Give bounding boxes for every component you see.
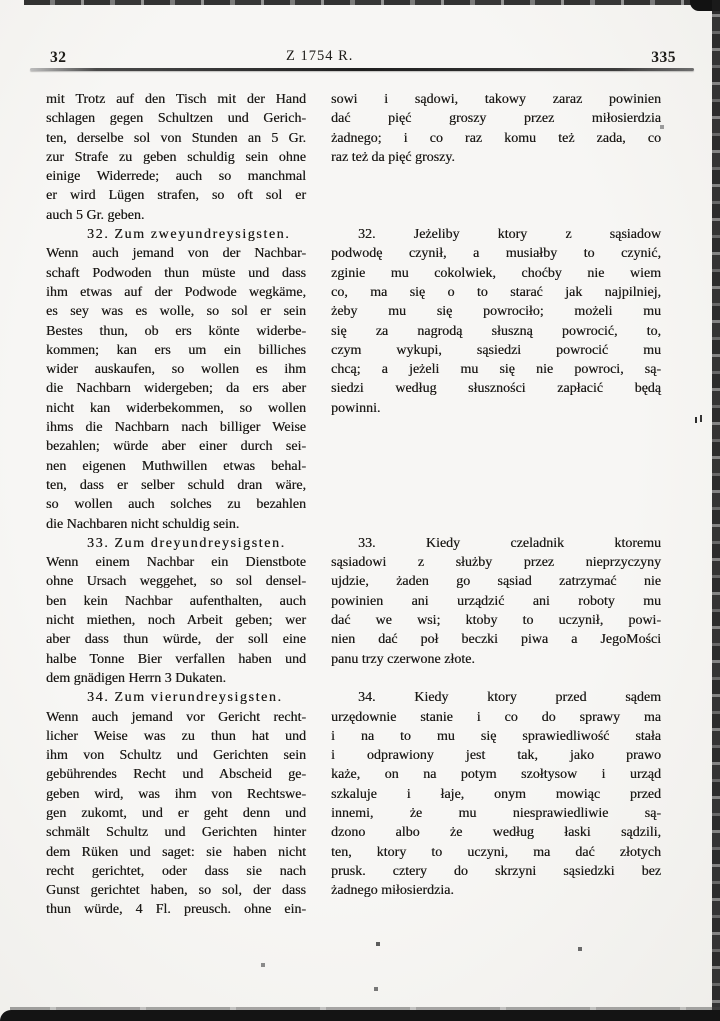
scan-edge-bottom xyxy=(0,1010,720,1021)
text-line: schmält Schultz und Gerichten hinter xyxy=(46,823,306,842)
text-line: aber dass thun würde, der soll eine xyxy=(46,630,306,649)
text-line: Bestes thun, ob ers könte widerbe- xyxy=(46,322,306,341)
text-line: geben wird, was ihm von Rechtswe- xyxy=(46,785,306,804)
ink-smudge xyxy=(695,414,705,426)
text-line: nicht miethen, noch Arbeit geben; wer xyxy=(46,611,306,630)
paragraph-row: 33. Zum dreyundreysigsten.Wenn einem Nac… xyxy=(46,534,661,688)
polish-paragraph: 33. Kiedy czeladnik ktoremusąsiadowi z s… xyxy=(331,534,661,688)
paragraph-row: 32. Zum zweyundreysigsten.Wenn auch jema… xyxy=(46,225,661,534)
paragraph-row: 34. Zum vierundreysigsten.Wenn auch jema… xyxy=(46,688,661,920)
text-line: 34. Kiedy ktory przed sądem xyxy=(331,688,661,707)
text-line: panu trzy czerwone złote. xyxy=(331,650,661,669)
text-line: wider auskaufen, so wollen es ihm xyxy=(46,360,306,379)
text-line: licher Weise was zu thun hat und xyxy=(46,727,306,746)
text-line: powinni. xyxy=(331,399,661,418)
text-line: thun würde, 4 Fl. preusch. ohne ein- xyxy=(46,900,306,919)
text-line: ihm von Schultz und Gerichten sein xyxy=(46,746,306,765)
text-line: schlagen gegen Schultzen und Gerich- xyxy=(46,109,306,128)
text-line: ten, ktory to uczyni, ma dać złotych xyxy=(331,843,661,862)
text-line: Gunst gerichtet haben, so sol, der dass xyxy=(46,881,306,900)
text-line: halbe Tonne Bier verfallen haben und xyxy=(46,650,306,669)
scan-edge-right xyxy=(712,0,720,1015)
ink-speck xyxy=(0,0,2,2)
text-line: podwodę czynił, a musiałby to czynić, xyxy=(331,244,661,263)
text-line: ihm etwas auf der Podwode wegkäme, xyxy=(46,283,306,302)
german-paragraph: 33. Zum dreyundreysigsten.Wenn einem Nac… xyxy=(46,534,306,688)
text-line: ohne Ursach weggehet, so sol densel- xyxy=(46,572,306,591)
text-line: ben kein Nachbar aufenthalten, auch xyxy=(46,592,306,611)
scanned-page: 32 Z 1754 R. 335 mit Trotz auf den Tisch… xyxy=(0,0,720,1021)
text-line: żadnego; i co raz komu też zada, co xyxy=(331,129,661,148)
text-line: nicht kan widerbekommen, so wollen xyxy=(46,399,306,418)
text-line: einige Widerrede; auch so manchmal xyxy=(46,167,306,186)
text-line: 32. Jeżeliby ktory z sąsiadow xyxy=(331,225,661,244)
text-line: co, ma się o to starać jak najpilniej, xyxy=(331,283,661,302)
text-line: raz też da pięć groszy. xyxy=(331,148,661,167)
text-line: powinien ani urządzić ani roboty mu xyxy=(331,592,661,611)
text-line: er wird Lügen strafen, so oft sol er xyxy=(46,186,306,205)
text-line: auch 5 Gr. geben. xyxy=(46,206,306,225)
text-line: się za nagrodą słuszną powrocić, to, xyxy=(331,322,661,341)
text-line: każe, on na potym szołtysow i urząd xyxy=(331,765,661,784)
german-paragraph: mit Trotz auf den Tisch mit der Handschl… xyxy=(46,90,306,225)
text-line: urzędownie stanie i co do sprawy ma xyxy=(331,708,661,727)
page-body: mit Trotz auf den Tisch mit der Handschl… xyxy=(46,90,661,920)
text-line: szkaluje i łaje, onym mowiąc przed xyxy=(331,785,661,804)
text-line: ujdzie, żaden go sąsiad zatrzymać nie xyxy=(331,572,661,591)
text-line: ten, dass er selber schuld dran wäre, xyxy=(46,476,306,495)
text-line: bezahlen; würde aber einer durch sei- xyxy=(46,437,306,456)
text-line: dzono albo że według łaski sądzili, xyxy=(331,823,661,842)
text-line: nen eigenen Muthwillen etwas behal- xyxy=(46,457,306,476)
polish-paragraph: 34. Kiedy ktory przed sądemurzędownie st… xyxy=(331,688,661,920)
text-line: sowi i sądowi, takowy zaraz powinien xyxy=(331,90,661,109)
text-line: so wollen auch solches zu bezahlen xyxy=(46,495,306,514)
text-line: Wenn auch jemand vor Gericht recht- xyxy=(46,708,306,727)
running-header: 32 Z 1754 R. 335 xyxy=(50,48,676,68)
text-line: chcą; a jeżeli mu się nie powroci, są- xyxy=(331,360,661,379)
header-rule xyxy=(30,68,694,71)
text-line: die Nachbarn widergeben; da ers aber xyxy=(46,379,306,398)
running-title: Z 1754 R. xyxy=(286,48,353,65)
text-line: nien dać poł beczki piwa a JegoMości xyxy=(331,630,661,649)
text-line: gen zukomt, und er geht denn und xyxy=(46,804,306,823)
page-number-left: 32 xyxy=(50,49,67,67)
page-number-right: 335 xyxy=(651,49,676,67)
scan-edge-top-icon xyxy=(24,0,720,5)
text-line: i odprawiony jest tak, jako prawo xyxy=(331,746,661,765)
text-line: recht gerichtet, oder dass sie nach xyxy=(46,862,306,881)
text-line: czym wykupi, sąsiedzi powrocić mu xyxy=(331,341,661,360)
text-line: kommen; kan ers um ein billiches xyxy=(46,341,306,360)
text-line: dem Rüken und saget: sie haben nicht xyxy=(46,843,306,862)
text-line: ten, derselbe sol von Stunden an 5 Gr. xyxy=(46,129,306,148)
text-line: 32. Zum zweyundreysigsten. xyxy=(46,225,306,244)
text-line: dać we wsi; ktoby to uczynił, powi- xyxy=(331,611,661,630)
text-line: siedzi według słuszności zapłacić będą xyxy=(331,379,661,398)
text-line: 34. Zum vierundreysigsten. xyxy=(46,688,306,707)
text-line: schaft Podwoden thun müste und dass xyxy=(46,264,306,283)
text-line: dać pięć groszy przez miłosierdzia xyxy=(331,109,661,128)
german-paragraph: 32. Zum zweyundreysigsten.Wenn auch jema… xyxy=(46,225,306,534)
text-line: prusk. cztery do skrzyni sąsiedzki bez xyxy=(331,862,661,881)
text-line: żeby mu się powrociło; możeli mu xyxy=(331,302,661,321)
text-line: sąsiadowi z służby przez nieprzyczyny xyxy=(331,553,661,572)
text-line: zur Strafe zu geben schuldig sein ohne xyxy=(46,148,306,167)
text-line: die Nachbaren nicht schuldig sein. xyxy=(46,515,306,534)
text-line: innemi, że mu niesprawiedliwie są- xyxy=(331,804,661,823)
text-line: 33. Kiedy czeladnik ktoremu xyxy=(331,534,661,553)
text-line: Wenn auch jemand von der Nachbar- xyxy=(46,244,306,263)
german-paragraph: 34. Zum vierundreysigsten.Wenn auch jema… xyxy=(46,688,306,920)
text-line: es sey was es wolle, so sol er sein xyxy=(46,302,306,321)
text-line: zginie mu cokolwiek, choćby nie wiem xyxy=(331,264,661,283)
text-line: Wenn einem Nachbar ein Dienstbote xyxy=(46,553,306,572)
text-line: żadnego miłosierdzia. xyxy=(331,881,661,900)
text-line: gebührendes Recht und Abscheid ge- xyxy=(46,765,306,784)
text-line: ihms die Nachbarn nach billiger Weise xyxy=(46,418,306,437)
text-line: 33. Zum dreyundreysigsten. xyxy=(46,534,306,553)
polish-paragraph: sowi i sądowi, takowy zaraz powiniendać … xyxy=(331,90,661,225)
text-line: i na to mu się sprawiedliwość stała xyxy=(331,727,661,746)
text-line: mit Trotz auf den Tisch mit der Hand xyxy=(46,90,306,109)
paragraph-row: mit Trotz auf den Tisch mit der Handschl… xyxy=(46,90,661,225)
text-line: dem gnädigen Herrn 3 Dukaten. xyxy=(46,669,306,688)
polish-paragraph: 32. Jeżeliby ktory z sąsiadowpodwodę czy… xyxy=(331,225,661,534)
